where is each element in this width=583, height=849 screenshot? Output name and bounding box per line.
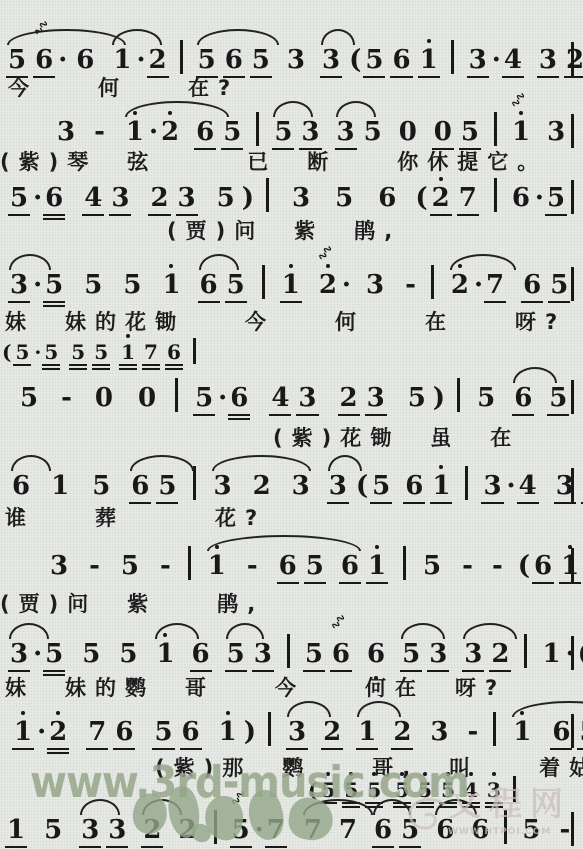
slur-arc: [401, 623, 445, 639]
note: 3: [8, 271, 30, 303]
note: -: [405, 271, 416, 301]
note: ·: [507, 472, 516, 502]
barline: [465, 466, 468, 500]
note: 2: [141, 816, 163, 848]
tremolo-mark: ∿∿: [31, 18, 52, 39]
octave-dot-above: [169, 264, 173, 268]
note: 3: [48, 552, 70, 582]
note: -: [160, 552, 171, 582]
slur-arc: [199, 254, 239, 270]
beam-line: [92, 368, 110, 370]
music-line-4: 3·55516512∿∿·3-2·76561: [8, 265, 583, 303]
slur-arc: [130, 455, 194, 471]
note: ·: [33, 640, 42, 670]
note: 2: [449, 271, 471, 301]
slur-arc: [112, 29, 162, 45]
note: 5: [304, 552, 326, 584]
note: 1: [154, 640, 176, 670]
slur-arc: [321, 29, 355, 45]
note: 5: [42, 341, 60, 366]
note: 6: [510, 184, 532, 214]
note: 5: [370, 472, 392, 504]
note: 3: [365, 384, 387, 416]
note: 6: [469, 816, 491, 846]
note: 6: [403, 472, 425, 504]
barline: [571, 468, 574, 502]
note: 6: [339, 552, 361, 584]
note: 6: [365, 640, 387, 670]
beam-line: [228, 418, 250, 420]
octave-dot-above: [492, 772, 496, 776]
note: 5: [342, 779, 360, 804]
note: 3: [364, 271, 386, 301]
slur-arc: [328, 455, 362, 471]
note: 3: [427, 640, 449, 672]
beam-line: [42, 368, 60, 370]
note: 3: [545, 118, 567, 148]
barline: [494, 178, 497, 212]
note: 0: [397, 118, 419, 148]
note: 6∿∿: [330, 640, 352, 672]
slur-arc: [212, 455, 311, 471]
barline: [571, 380, 574, 414]
note: 5: [365, 779, 383, 804]
note: 6: [180, 718, 202, 750]
slur-arc: [9, 623, 49, 639]
note: ·: [535, 184, 544, 214]
note: 1: [366, 552, 388, 584]
note: 6: [129, 472, 151, 504]
barline: [571, 636, 574, 670]
note: 3: [252, 640, 274, 672]
note: ·: [33, 184, 42, 214]
note: 6: [434, 816, 456, 846]
tremolo-mark: ∿∿: [227, 788, 248, 809]
note: ): [433, 384, 445, 414]
note: 5: [303, 640, 325, 672]
note: 6: [390, 46, 412, 78]
barline: [431, 265, 434, 299]
note: 6: [10, 472, 32, 502]
note: 3: [428, 718, 450, 748]
barline: [193, 338, 196, 364]
octave-dot-above: [215, 545, 219, 549]
note: 4: [502, 46, 524, 78]
note: 3: [176, 184, 198, 216]
note: 2: [391, 718, 413, 750]
beam-line: [342, 806, 360, 808]
note: -: [468, 718, 479, 748]
slur-arc: [513, 367, 557, 383]
octave-dot-above: [469, 772, 473, 776]
barline: [268, 712, 271, 746]
note: 0: [93, 384, 115, 414]
note: 1: [280, 271, 302, 303]
octave-dot-above: [439, 177, 443, 181]
note: 5: [548, 271, 570, 303]
octave-dot-above: [372, 772, 376, 776]
slur-arc: [197, 29, 279, 45]
note: 6: [376, 184, 398, 214]
note: 3: [290, 184, 312, 214]
note: 5: [406, 384, 428, 414]
note: 3: [481, 472, 503, 504]
sheet-music-scan: 56∿∿·61·256533(5613·432123)今 何 在?3-1·265…: [0, 0, 583, 849]
note: 3: [462, 640, 484, 672]
barline: [571, 114, 574, 148]
note: 2: [321, 718, 343, 750]
music-line-5: (5·555176: [2, 338, 201, 366]
beam-line: [119, 368, 137, 370]
note: 1: [124, 118, 146, 148]
barline: [493, 712, 496, 746]
note: 5: [225, 640, 247, 672]
slur-arc: [7, 29, 126, 45]
note: 2: [176, 816, 198, 846]
note: 5: [18, 384, 40, 414]
beam-line: [365, 806, 383, 808]
barline: [214, 810, 217, 844]
note: 3: [286, 718, 308, 750]
note: 3: [467, 46, 489, 78]
note: (: [2, 341, 11, 364]
note: 3: [537, 46, 559, 78]
note: -: [462, 552, 473, 582]
note: 5: [80, 640, 102, 670]
note: 5: [399, 816, 421, 848]
slur-arc: [80, 799, 120, 815]
note: 2: [489, 640, 511, 672]
note: ): [242, 184, 254, 214]
barline: [513, 776, 516, 802]
note: 5: [121, 271, 143, 301]
note: 5: [333, 184, 355, 214]
note: 6: [43, 184, 65, 216]
beam-line: [47, 752, 69, 754]
barline: [451, 40, 454, 74]
note: 1: [12, 718, 34, 750]
barline: [571, 548, 574, 582]
note: (: [308, 779, 317, 802]
note: 5: [547, 384, 569, 416]
barline: [504, 810, 507, 844]
note: 6: [277, 552, 299, 584]
note: 7: [484, 271, 506, 303]
music-line-11: (55555543: [308, 776, 521, 804]
beam-line: [416, 806, 434, 808]
note: 5: [8, 184, 30, 216]
note: 2: [148, 184, 170, 216]
octave-dot-above: [326, 772, 330, 776]
note: 5: [416, 779, 434, 804]
music-line-7: 615653233(5613·432123): [10, 466, 583, 504]
note: 6: [512, 384, 534, 416]
barline: [524, 634, 527, 668]
note: 3: [211, 472, 233, 502]
lyric-line-3: (贾)问 紫 鹃,: [167, 215, 401, 245]
octave-dot-above: [226, 711, 230, 715]
note: 5: [393, 779, 411, 804]
note: 6: [190, 640, 212, 672]
note: 5: [43, 271, 65, 303]
note: 6: [372, 816, 394, 848]
note: 1: [511, 718, 533, 748]
note: 1: [540, 640, 562, 670]
note: 6: [550, 718, 572, 750]
barline: [266, 178, 269, 212]
note: 3: [55, 118, 77, 148]
note: 2: [159, 118, 181, 148]
note: 4: [517, 472, 539, 504]
note: 6: [532, 552, 554, 584]
note: 5: [577, 718, 583, 750]
note: ·: [218, 384, 227, 414]
note: 1: [160, 271, 182, 301]
music-line-10: 1·276561)32123-165535: [12, 712, 583, 750]
slur-arc: [9, 254, 51, 270]
tremolo-mark: ∿∿: [328, 612, 349, 633]
note: 1: [119, 341, 137, 366]
slur-arc: [142, 799, 182, 815]
barline: [571, 812, 574, 846]
barline: [256, 112, 259, 146]
note: 7: [337, 816, 359, 846]
note: ): [244, 718, 256, 748]
lyric-line-1: 今 何 在?: [8, 72, 239, 102]
octave-dot-above: [439, 465, 443, 469]
octave-dot-above: [375, 545, 379, 549]
music-line-2: 3-1·26553350051∿∿35·(676: [55, 112, 583, 150]
slur-arc: [357, 701, 401, 717]
lyric-line-2: (紫)琴 弦 已 断 你休提它。: [0, 146, 547, 176]
note: 2∿∿: [317, 271, 339, 301]
note: 5: [225, 271, 247, 303]
note: 7: [457, 184, 479, 216]
note: 1: [206, 552, 228, 582]
note: 5: [117, 640, 139, 670]
beam-line: [165, 368, 183, 370]
note: 1: [430, 472, 452, 504]
note: ·: [492, 46, 501, 76]
beam-line: [69, 368, 87, 370]
note: 7: [302, 816, 324, 846]
note: 2: [47, 718, 69, 750]
barline: [571, 714, 574, 748]
note: 5: [92, 341, 110, 366]
lyric-line-8: (贾)问 紫 鹃,: [0, 588, 264, 618]
note: 5: [319, 779, 337, 804]
note: 1: [49, 472, 71, 502]
octave-dot-above: [400, 772, 404, 776]
note: 6: [198, 271, 220, 303]
barline: [571, 42, 574, 76]
note: (: [356, 472, 368, 502]
note: -: [247, 552, 258, 582]
slur-arc: [125, 101, 229, 117]
note: 3: [290, 472, 312, 502]
note: ·: [342, 271, 351, 301]
note: 6: [521, 271, 543, 303]
slur-arc: [207, 535, 361, 551]
octave-dot-above: [56, 711, 60, 715]
note: 3: [285, 46, 307, 76]
octave-dot-above: [458, 264, 462, 268]
note: 5: [362, 118, 384, 148]
note: 5∿∿: [230, 816, 252, 848]
beam-line: [142, 368, 160, 370]
note: 0: [136, 384, 158, 414]
slur-arc: [336, 101, 376, 117]
note: ·: [37, 718, 46, 748]
note: 4: [82, 184, 104, 216]
note: 4: [462, 779, 480, 804]
note: 3: [485, 779, 503, 804]
barline: [188, 546, 191, 580]
note: 1: [418, 46, 440, 78]
music-line-6: 5-005·643235)565321230: [18, 378, 583, 416]
note: 6: [165, 341, 183, 366]
note: 3: [327, 472, 349, 504]
note: -: [61, 384, 72, 414]
barline: [180, 40, 183, 74]
octave-dot-above: [289, 264, 293, 268]
barline: [175, 378, 178, 412]
octave-dot-above: [519, 111, 523, 115]
barline: [193, 466, 196, 500]
octave-dot-above: [163, 633, 167, 637]
slur-arc: [463, 623, 517, 639]
note: ·: [255, 816, 264, 846]
note: 2: [430, 184, 452, 216]
beam-line: [439, 806, 457, 808]
tremolo-mark: ∿∿: [315, 243, 336, 264]
music-line-8: 3-5-1-65615--(615·35-): [48, 546, 583, 584]
note: 4: [269, 384, 291, 416]
barline: [287, 634, 290, 668]
note: 3: [79, 816, 101, 848]
note: 7: [86, 718, 108, 750]
note: 1: [217, 718, 239, 748]
barline: [262, 265, 265, 299]
note: 5: [42, 816, 64, 846]
note: 3: [109, 184, 131, 216]
note: 7: [265, 816, 287, 848]
barline: [494, 112, 497, 146]
note: -: [492, 552, 503, 582]
tremolo-mark: ∿∿: [508, 90, 529, 111]
slur-arc: [287, 701, 331, 717]
note: ·: [34, 341, 41, 364]
octave-dot-above: [21, 711, 25, 715]
note: 5: [215, 184, 237, 214]
octave-dot-above: [126, 334, 130, 338]
note: 5: [152, 718, 174, 750]
note: 3: [8, 640, 30, 672]
beam-line: [462, 806, 480, 808]
note: (: [349, 46, 361, 76]
note: ·: [33, 271, 42, 301]
music-line-3: 5·643235)356(276·56-): [8, 178, 583, 216]
music-line-9: 3·555165356∿∿653321·(23432: [8, 634, 583, 672]
note: 3: [296, 384, 318, 416]
note: 5: [156, 472, 178, 504]
note: 5: [82, 271, 104, 301]
beam-line: [485, 806, 503, 808]
lyric-line-9: 妹 妹的鹦 哥 今 何在 呀?: [5, 672, 506, 702]
note: 5: [421, 552, 443, 582]
slur-arc: [273, 101, 313, 117]
note: 1∿∿: [510, 118, 532, 148]
music-line-12: 1533225∿∿·77765665-002·32172: [5, 810, 583, 848]
note: 7: [142, 341, 160, 366]
note: 5: [193, 384, 215, 416]
note: (: [518, 552, 530, 582]
lyric-line-6: (紫)花锄 虽 在: [273, 422, 520, 452]
note: -: [559, 816, 570, 846]
note: 6: [113, 718, 135, 750]
note: 5: [43, 640, 65, 672]
octave-dot-above: [326, 264, 330, 268]
note: 1: [5, 816, 27, 848]
lyric-line-7: 谁 葬 花?: [5, 502, 266, 532]
barline: [571, 267, 574, 301]
note: 2: [338, 384, 360, 416]
note: -: [94, 118, 105, 148]
note: 5: [520, 816, 542, 846]
octave-dot-above: [133, 111, 137, 115]
note: -: [89, 552, 100, 582]
note: 5: [475, 384, 497, 414]
note: 5: [400, 640, 422, 672]
note: 5: [13, 341, 31, 366]
note: ·: [474, 271, 483, 301]
note: 5: [545, 184, 567, 216]
octave-dot-above: [427, 39, 431, 43]
note: (: [578, 640, 583, 670]
note: ·: [149, 118, 158, 148]
beam-line: [393, 806, 411, 808]
note: 5: [90, 472, 112, 502]
octave-dot-above: [168, 111, 172, 115]
note: 3: [320, 46, 342, 78]
note: 5: [69, 341, 87, 366]
octave-dot-above: [423, 772, 427, 776]
slur-arc: [226, 623, 264, 639]
note: 3: [106, 816, 128, 848]
note: 1: [356, 718, 378, 750]
lyric-line-4: 妹 妹的花锄 今 何 在 呀?: [5, 306, 566, 336]
octave-dot-above: [520, 711, 524, 715]
octave-dot-above: [349, 772, 353, 776]
note: (: [415, 184, 427, 214]
note: 2: [251, 472, 273, 502]
beam-line: [43, 218, 65, 220]
note: 5: [363, 46, 385, 78]
barline: [571, 180, 574, 214]
barline: [403, 546, 406, 580]
note: 5: [119, 552, 141, 582]
slur-arc: [155, 623, 199, 639]
octave-dot-above: [446, 772, 450, 776]
note: 5: [250, 46, 272, 78]
barline: [457, 378, 460, 412]
slur-arc: [11, 455, 51, 471]
note: 5: [439, 779, 457, 804]
note: 6: [228, 384, 250, 416]
